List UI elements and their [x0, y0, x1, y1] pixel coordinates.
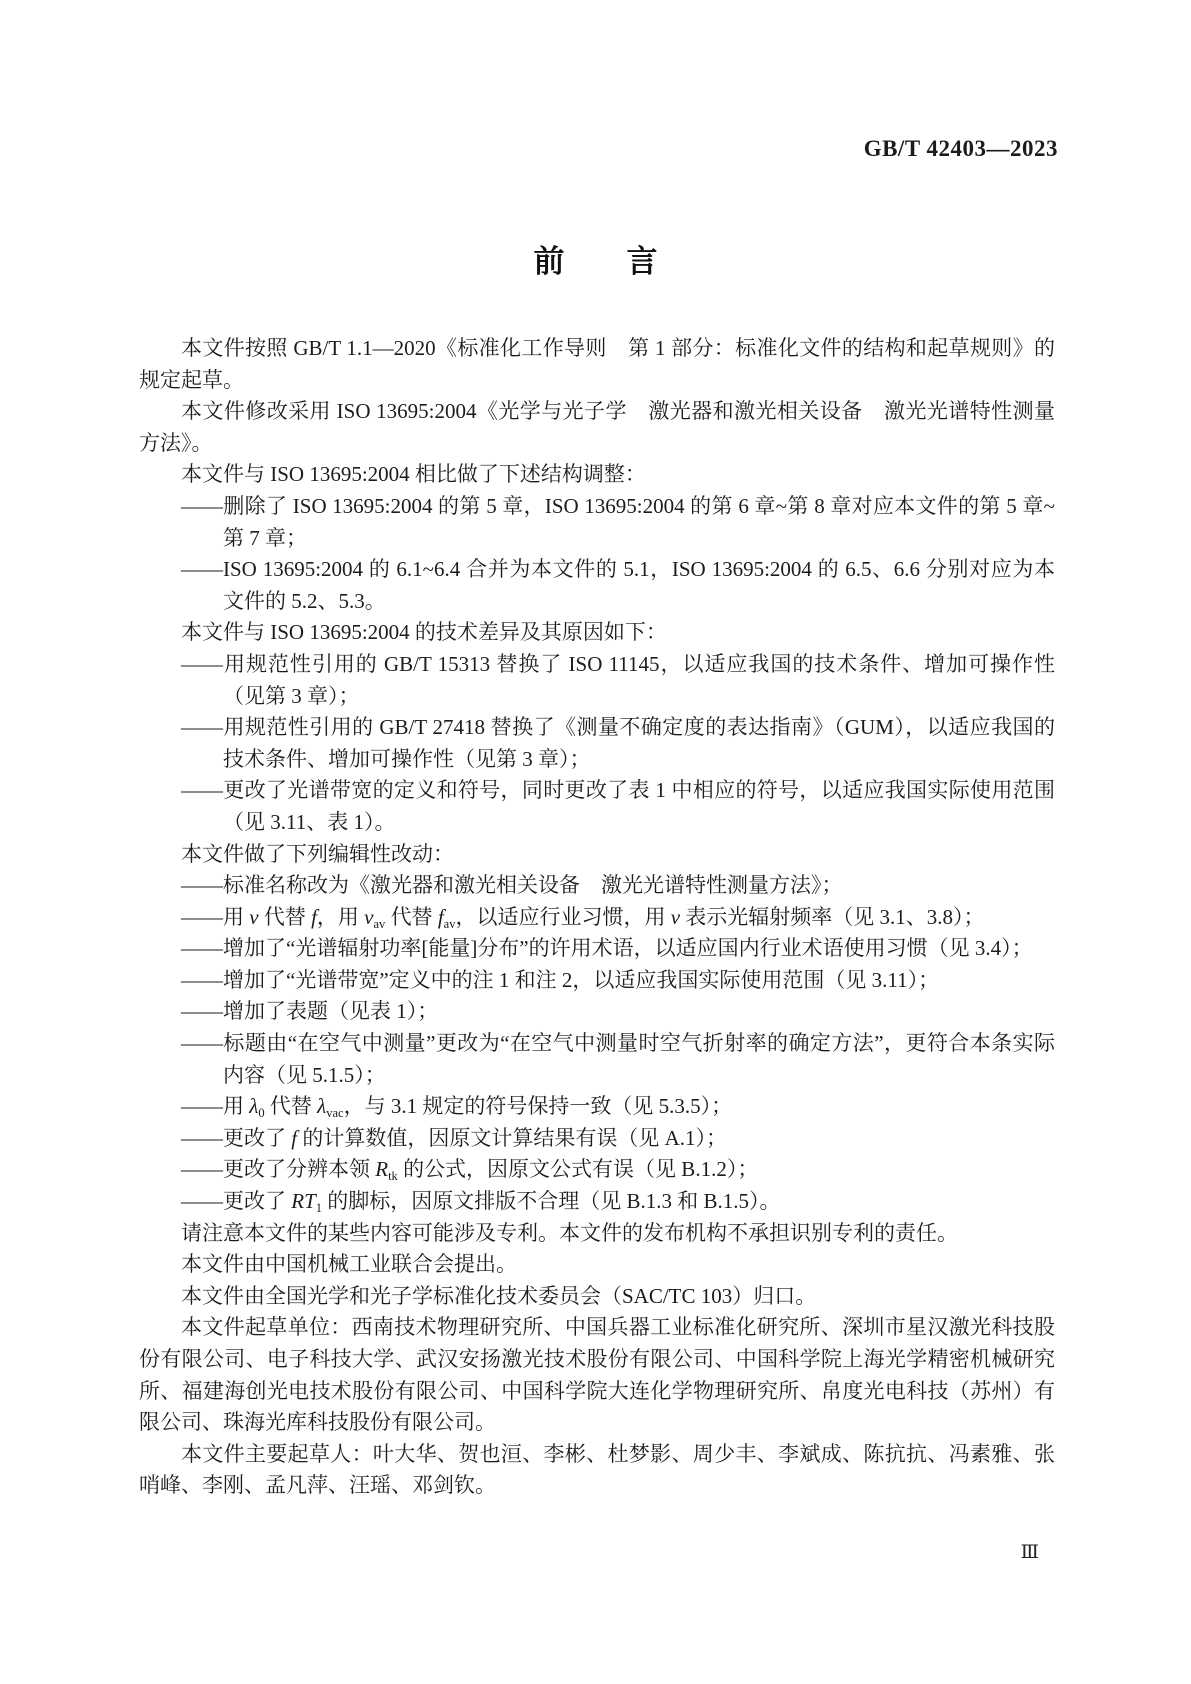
- text-segment: 本文件修改采用 ISO 13695:2004《光学与光子学 激光器和激光相关设备…: [139, 399, 1055, 455]
- paragraph: 本文件起草单位：西南技术物理研究所、中国兵器工业标准化研究所、深圳市星汉激光科技…: [139, 1312, 1055, 1438]
- list-item: ——用 ν 代替 f，用 νav 代替 fav，以适应行业习惯，用 ν 表示光辐…: [139, 902, 1055, 934]
- text-segment: 代替: [265, 1094, 318, 1118]
- text-segment: ，以适应行业习惯，用: [455, 905, 670, 929]
- text-segment: 的计算数值，因原文计算结果有误（见 A.1）；: [297, 1126, 727, 1150]
- standard-number: GB/T 42403—2023: [864, 136, 1058, 162]
- text-segment: 本文件与 ISO 13695:2004 的技术差异及其原因如下：: [181, 620, 667, 644]
- list-item: ——用 λ0 代替 λvac，与 3.1 规定的符号保持一致（见 5.3.5）；: [139, 1091, 1055, 1123]
- paragraph: 本文件由中国机械工业联合会提出。: [139, 1249, 1055, 1281]
- variable: ν: [364, 905, 373, 929]
- text-segment: 增加了“光谱辐射功率[能量]分布”的许用术语，以适应国内行业术语使用习惯（见 3…: [223, 936, 1033, 960]
- dash-prefix: ——: [181, 494, 223, 518]
- text-segment: 表示光辐射频率（见 3.1、3.8）；: [680, 905, 985, 929]
- dash-prefix: ——: [181, 1031, 223, 1055]
- paragraph: 本文件与 ISO 13695:2004 相比做了下述结构调整：: [139, 459, 1055, 491]
- variable: RT: [291, 1189, 316, 1213]
- dash-prefix: ——: [181, 557, 223, 581]
- list-item: ——更改了光谱带宽的定义和符号，同时更改了表 1 中相应的符号，以适应我国实际使…: [139, 775, 1055, 838]
- variable: R: [375, 1157, 388, 1181]
- list-item: ——删除了 ISO 13695:2004 的第 5 章，ISO 13695:20…: [139, 491, 1055, 554]
- variable: λ: [249, 1094, 258, 1118]
- subscript: av: [444, 916, 456, 930]
- dash-prefix: ——: [181, 1126, 223, 1150]
- document-body: 本文件按照 GB/T 1.1—2020《标准化工作导则 第 1 部分：标准化文件…: [139, 333, 1055, 1502]
- list-item: ——用规范性引用的 GB/T 27418 替换了《测量不确定度的表达指南》（GU…: [139, 712, 1055, 775]
- paragraph: 本文件按照 GB/T 1.1—2020《标准化工作导则 第 1 部分：标准化文件…: [139, 333, 1055, 396]
- text-segment: 本文件起草单位：西南技术物理研究所、中国兵器工业标准化研究所、深圳市星汉激光科技…: [139, 1315, 1055, 1434]
- paragraph: 本文件做了下列编辑性改动：: [139, 839, 1055, 871]
- list-item: ——标题由“在空气中测量”更改为“在空气中测量时空气折射率的确定方法”，更符合本…: [139, 1028, 1055, 1091]
- text-segment: 更改了: [223, 1126, 291, 1150]
- list-item: ——增加了“光谱辐射功率[能量]分布”的许用术语，以适应国内行业术语使用习惯（见…: [139, 933, 1055, 965]
- dash-prefix: ——: [181, 1157, 223, 1181]
- dash-prefix: ——: [181, 1189, 223, 1213]
- variable: λ: [317, 1094, 326, 1118]
- text-segment: 用规范性引用的 GB/T 27418 替换了《测量不确定度的表达指南》（GUM）…: [223, 715, 1055, 771]
- dash-prefix: ——: [181, 873, 223, 897]
- subscript: av: [374, 916, 386, 930]
- text-segment: 的公式，因原文公式有误（见 B.1.2）；: [398, 1157, 759, 1181]
- variable: ν: [671, 905, 680, 929]
- list-item: ——更改了 f 的计算数值，因原文计算结果有误（见 A.1）；: [139, 1123, 1055, 1155]
- text-segment: 增加了“光谱带宽”定义中的注 1 和注 2，以适应我国实际使用范围（见 3.11…: [223, 968, 939, 992]
- text-segment: 用: [223, 1094, 249, 1118]
- dash-prefix: ——: [181, 936, 223, 960]
- text-segment: 本文件按照 GB/T 1.1—2020《标准化工作导则 第 1 部分：标准化文件…: [139, 336, 1055, 392]
- list-item: ——标准名称改为《激光器和激光相关设备 激光光谱特性测量方法》；: [139, 870, 1055, 902]
- text-segment: ，与 3.1 规定的符号保持一致（见 5.3.5）；: [344, 1094, 733, 1118]
- text-segment: 更改了光谱带宽的定义和符号，同时更改了表 1 中相应的符号，以适应我国实际使用范…: [223, 778, 1055, 834]
- text-segment: 标题由“在空气中测量”更改为“在空气中测量时空气折射率的确定方法”，更符合本条实…: [223, 1031, 1055, 1087]
- page-title: 前 言: [0, 236, 1191, 281]
- variable: ν: [249, 905, 258, 929]
- text-segment: 本文件由全国光学和光子学标准化技术委员会（SAC/TC 103）归口。: [181, 1284, 816, 1308]
- list-item: ——增加了表题（见表 1）；: [139, 996, 1055, 1028]
- dash-prefix: ——: [181, 905, 223, 929]
- text-segment: 本文件与 ISO 13695:2004 相比做了下述结构调整：: [181, 462, 646, 486]
- text-segment: 标准名称改为《激光器和激光相关设备 激光光谱特性测量方法》；: [223, 873, 843, 897]
- paragraph: 请注意本文件的某些内容可能涉及专利。本文件的发布机构不承担识别专利的责任。: [139, 1218, 1055, 1250]
- text-segment: 本文件主要起草人：叶大华、贺也洹、李彬、杜梦影、周少丰、李斌成、陈抗抗、冯素雅、…: [139, 1442, 1055, 1498]
- text-segment: 本文件做了下列编辑性改动：: [181, 842, 454, 866]
- subscript: vac: [326, 1106, 343, 1120]
- text-segment: 更改了分辨本领: [223, 1157, 375, 1181]
- text-segment: 用规范性引用的 GB/T 15313 替换了 ISO 11145，以适应我国的技…: [223, 652, 1055, 708]
- text-segment: ，用: [317, 905, 364, 929]
- list-item: ——ISO 13695:2004 的 6.1~6.4 合并为本文件的 5.1，I…: [139, 554, 1055, 617]
- list-item: ——更改了 RT1 的脚标，因原文排版不合理（见 B.1.3 和 B.1.5）。: [139, 1186, 1055, 1218]
- text-segment: 增加了表题（见表 1）；: [223, 999, 438, 1023]
- paragraph: 本文件主要起草人：叶大华、贺也洹、李彬、杜梦影、周少丰、李斌成、陈抗抗、冯素雅、…: [139, 1439, 1055, 1502]
- paragraph: 本文件与 ISO 13695:2004 的技术差异及其原因如下：: [139, 617, 1055, 649]
- list-item: ——用规范性引用的 GB/T 15313 替换了 ISO 11145，以适应我国…: [139, 649, 1055, 712]
- dash-prefix: ——: [181, 968, 223, 992]
- list-item: ——更改了分辨本领 Rtk 的公式，因原文公式有误（见 B.1.2）；: [139, 1154, 1055, 1186]
- text-segment: 更改了: [223, 1189, 291, 1213]
- paragraph: 本文件修改采用 ISO 13695:2004《光学与光子学 激光器和激光相关设备…: [139, 396, 1055, 459]
- text-segment: 请注意本文件的某些内容可能涉及专利。本文件的发布机构不承担识别专利的责任。: [181, 1221, 958, 1245]
- text-segment: 代替: [259, 905, 312, 929]
- text-segment: 删除了 ISO 13695:2004 的第 5 章，ISO 13695:2004…: [223, 494, 1055, 550]
- text-segment: ISO 13695:2004 的 6.1~6.4 合并为本文件的 5.1，ISO…: [223, 557, 1055, 613]
- text-segment: 代替: [385, 905, 438, 929]
- text-segment: 本文件由中国机械工业联合会提出。: [181, 1252, 517, 1276]
- dash-prefix: ——: [181, 652, 223, 676]
- dash-prefix: ——: [181, 1094, 223, 1118]
- dash-prefix: ——: [181, 999, 223, 1023]
- document-page: GB/T 42403—2023 前 言 本文件按照 GB/T 1.1—2020《…: [0, 0, 1191, 1684]
- page-number: Ⅲ: [1021, 1541, 1039, 1564]
- dash-prefix: ——: [181, 778, 223, 802]
- text-segment: 用: [223, 905, 249, 929]
- list-item: ——增加了“光谱带宽”定义中的注 1 和注 2，以适应我国实际使用范围（见 3.…: [139, 965, 1055, 997]
- subscript: tk: [388, 1169, 398, 1183]
- paragraph: 本文件由全国光学和光子学标准化技术委员会（SAC/TC 103）归口。: [139, 1281, 1055, 1313]
- text-segment: 的脚标，因原文排版不合理（见 B.1.3 和 B.1.5）。: [322, 1189, 781, 1213]
- dash-prefix: ——: [181, 715, 223, 739]
